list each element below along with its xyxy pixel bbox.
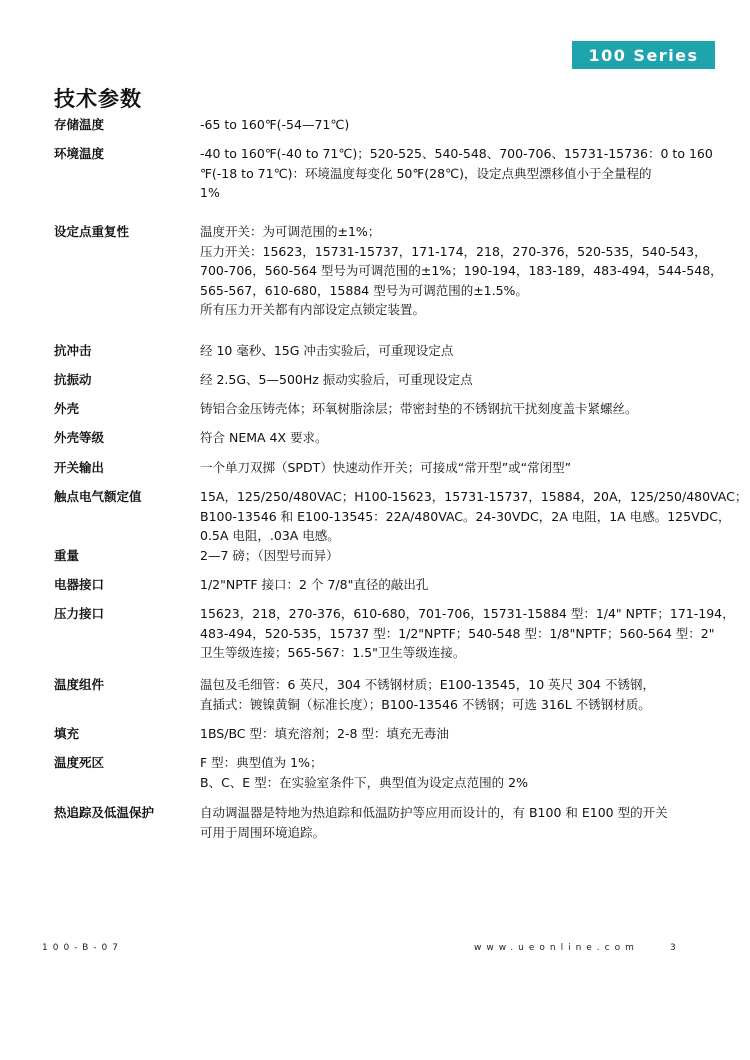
spec-line: 1/2"NPTF 接口：2 个 7/8"直径的敲出孔 (200, 575, 704, 595)
spec-label: 重量 (54, 546, 200, 566)
spec-line: 卫生等级连接；565-567：1.5"卫生等级连接。 (200, 643, 735, 663)
spec-line: 温度开关：为可调范围的±1%； (200, 222, 723, 242)
spec-line: 0.5A 电阻，.03A 电感。 (200, 526, 747, 546)
spec-line: ℉(-18 to 71℃)：环境温度每变化 50℉(28℃)，设定点典型漂移值小… (200, 164, 713, 184)
spec-row-shock: 抗冲击 经 10 毫秒、15G 冲击实验后，可重现设定点 (54, 341, 704, 361)
spec-label: 电器接口 (54, 575, 200, 595)
spec-line: 一个单刀双掷（SPDT）快速动作开关；可接成“常开型”或“常闭型” (200, 458, 704, 478)
footer-doc-code: 100-B-07 (42, 943, 123, 953)
spec-row-temperature-assembly: 温度组件 温包及毛细管：6 英尺，304 不锈钢材质；E100-13545，10… (54, 675, 704, 714)
spec-row-fill: 填充 1BS/BC 型：填充溶剂；2-8 型：填充无毒油 (54, 724, 704, 744)
spec-row-pressure-connection: 压力接口 15623，218，270-376，610-680，701-706，1… (54, 604, 704, 663)
spec-line: 1BS/BC 型：填充溶剂；2-8 型：填充无毒油 (200, 724, 704, 744)
spec-label: 环境温度 (54, 144, 200, 203)
spec-line: 2—7 磅；（因型号而异） (200, 546, 704, 566)
spec-row-heat-tracing: 热追踪及低温保护 自动调温器是特地为热追踪和低温防护等应用而设计的，有 B100… (54, 803, 704, 842)
spec-label: 设定点重复性 (54, 222, 200, 320)
spec-line: 565-567，610-680，15884 型号为可调范围的±1.5%。 (200, 281, 723, 301)
spec-label: 填充 (54, 724, 200, 744)
footer-page-number: 3 (670, 943, 681, 953)
spec-value: -65 to 160℉(-54—71℃) (200, 115, 704, 135)
spec-label: 温度组件 (54, 675, 200, 714)
spec-value: 经 2.5G、5—500Hz 振动实验后，可重现设定点 (200, 370, 704, 390)
spec-value: 自动调温器是特地为热追踪和低温防护等应用而设计的，有 B100 和 E100 型… (200, 803, 704, 842)
spec-line: -40 to 160℉(-40 to 71℃)；520-525、540-548、… (200, 144, 713, 164)
spec-row-vibration: 抗振动 经 2.5G、5—500Hz 振动实验后，可重现设定点 (54, 370, 704, 390)
spec-line: 铸铝合金压铸壳体；环氧树脂涂层；带密封垫的不锈钢抗干扰刻度盖卡紧螺丝。 (200, 399, 704, 419)
spec-value: 经 10 毫秒、15G 冲击实验后，可重现设定点 (200, 341, 704, 361)
spec-line: -65 to 160℉(-54—71℃) (200, 115, 704, 135)
spec-line: 符合 NEMA 4X 要求。 (200, 428, 704, 448)
spec-value: 铸铝合金压铸壳体；环氧树脂涂层；带密封垫的不锈钢抗干扰刻度盖卡紧螺丝。 (200, 399, 704, 419)
spec-value: 2—7 磅；（因型号而异） (200, 546, 704, 566)
spec-value: 一个单刀双掷（SPDT）快速动作开关；可接成“常开型”或“常闭型” (200, 458, 704, 478)
spec-line: 700-706，560-564 型号为可调范围的±1%；190-194，183-… (200, 261, 723, 281)
spec-value: 1BS/BC 型：填充溶剂；2-8 型：填充无毒油 (200, 724, 704, 744)
page-title: 技术参数 (54, 83, 142, 113)
spec-line: 所有压力开关都有内部设定点锁定装置。 (200, 300, 723, 320)
spec-line: 自动调温器是特地为热追踪和低温防护等应用而设计的，有 B100 和 E100 型… (200, 803, 704, 823)
series-badge: 100 Series (572, 41, 715, 69)
spec-line: 483-494，520-535，15737 型：1/2"NPTF；540-548… (200, 624, 735, 644)
footer-url: www.ueonline.com (474, 943, 639, 953)
spec-line: 1% (200, 183, 713, 203)
spec-line: F 型：典型值为 1%； (200, 753, 704, 773)
spec-line: 15A，125/250/480VAC；H100-15623，15731-1573… (200, 487, 747, 507)
spec-value: 15A，125/250/480VAC；H100-15623，15731-1573… (200, 487, 747, 546)
spec-value: 1/2"NPTF 接口：2 个 7/8"直径的敲出孔 (200, 575, 704, 595)
spec-label: 压力接口 (54, 604, 200, 663)
spec-label: 抗振动 (54, 370, 200, 390)
spec-value: 温度开关：为可调范围的±1%； 压力开关：15623，15731-15737，1… (200, 222, 723, 320)
spec-label: 触点电气额定值 (54, 487, 200, 546)
spec-line: 经 10 毫秒、15G 冲击实验后，可重现设定点 (200, 341, 704, 361)
spec-row-contact-rating: 触点电气额定值 15A，125/250/480VAC；H100-15623，15… (54, 487, 704, 546)
spec-label: 存储温度 (54, 115, 200, 135)
spec-label: 抗冲击 (54, 341, 200, 361)
spec-value: 符合 NEMA 4X 要求。 (200, 428, 704, 448)
spec-line: 压力开关：15623，15731-15737，171-174，218，270-3… (200, 242, 723, 262)
spec-label: 开关输出 (54, 458, 200, 478)
spec-row-enclosure: 外壳 铸铝合金压铸壳体；环氧树脂涂层；带密封垫的不锈钢抗干扰刻度盖卡紧螺丝。 (54, 399, 704, 419)
spec-row-weight: 重量 2—7 磅；（因型号而异） (54, 546, 704, 566)
spec-row-temperature-deadband: 温度死区 F 型：典型值为 1%； B、C、E 型：在实验室条件下，典型值为设定… (54, 753, 704, 792)
spec-line: 温包及毛细管：6 英尺，304 不锈钢材质；E100-13545，10 英尺 3… (200, 675, 704, 695)
spec-line: 直插式：镀镍黄铜（标准长度）；B100-13546 不锈钢；可选 316L 不锈… (200, 695, 704, 715)
spec-label: 热追踪及低温保护 (54, 803, 200, 842)
spec-line: B100-13546 和 E100-13545：22A/480VAC。24-30… (200, 507, 747, 527)
spec-line: B、C、E 型：在实验室条件下，典型值为设定点范围的 2% (200, 773, 704, 793)
spec-value: 温包及毛细管：6 英尺，304 不锈钢材质；E100-13545，10 英尺 3… (200, 675, 704, 714)
spec-label: 外壳 (54, 399, 200, 419)
spec-value: F 型：典型值为 1%； B、C、E 型：在实验室条件下，典型值为设定点范围的 … (200, 753, 704, 792)
spec-row-storage-temp: 存储温度 -65 to 160℉(-54—71℃) (54, 115, 704, 135)
spec-row-ambient-temp: 环境温度 -40 to 160℉(-40 to 71℃)；520-525、540… (54, 144, 704, 203)
spec-line: 经 2.5G、5—500Hz 振动实验后，可重现设定点 (200, 370, 704, 390)
spec-line: 可用于周围环境追踪。 (200, 823, 704, 843)
spec-value: 15623，218，270-376，610-680，701-706，15731-… (200, 604, 735, 663)
spec-row-setpoint-repeatability: 设定点重复性 温度开关：为可调范围的±1%； 压力开关：15623，15731-… (54, 222, 704, 320)
spec-label: 外壳等级 (54, 428, 200, 448)
spec-line: 15623，218，270-376，610-680，701-706，15731-… (200, 604, 735, 624)
spec-row-enclosure-rating: 外壳等级 符合 NEMA 4X 要求。 (54, 428, 704, 448)
spec-row-switch-output: 开关输出 一个单刀双掷（SPDT）快速动作开关；可接成“常开型”或“常闭型” (54, 458, 704, 478)
spec-row-electrical-connection: 电器接口 1/2"NPTF 接口：2 个 7/8"直径的敲出孔 (54, 575, 704, 595)
spec-value: -40 to 160℉(-40 to 71℃)；520-525、540-548、… (200, 144, 713, 203)
spec-label: 温度死区 (54, 753, 200, 792)
